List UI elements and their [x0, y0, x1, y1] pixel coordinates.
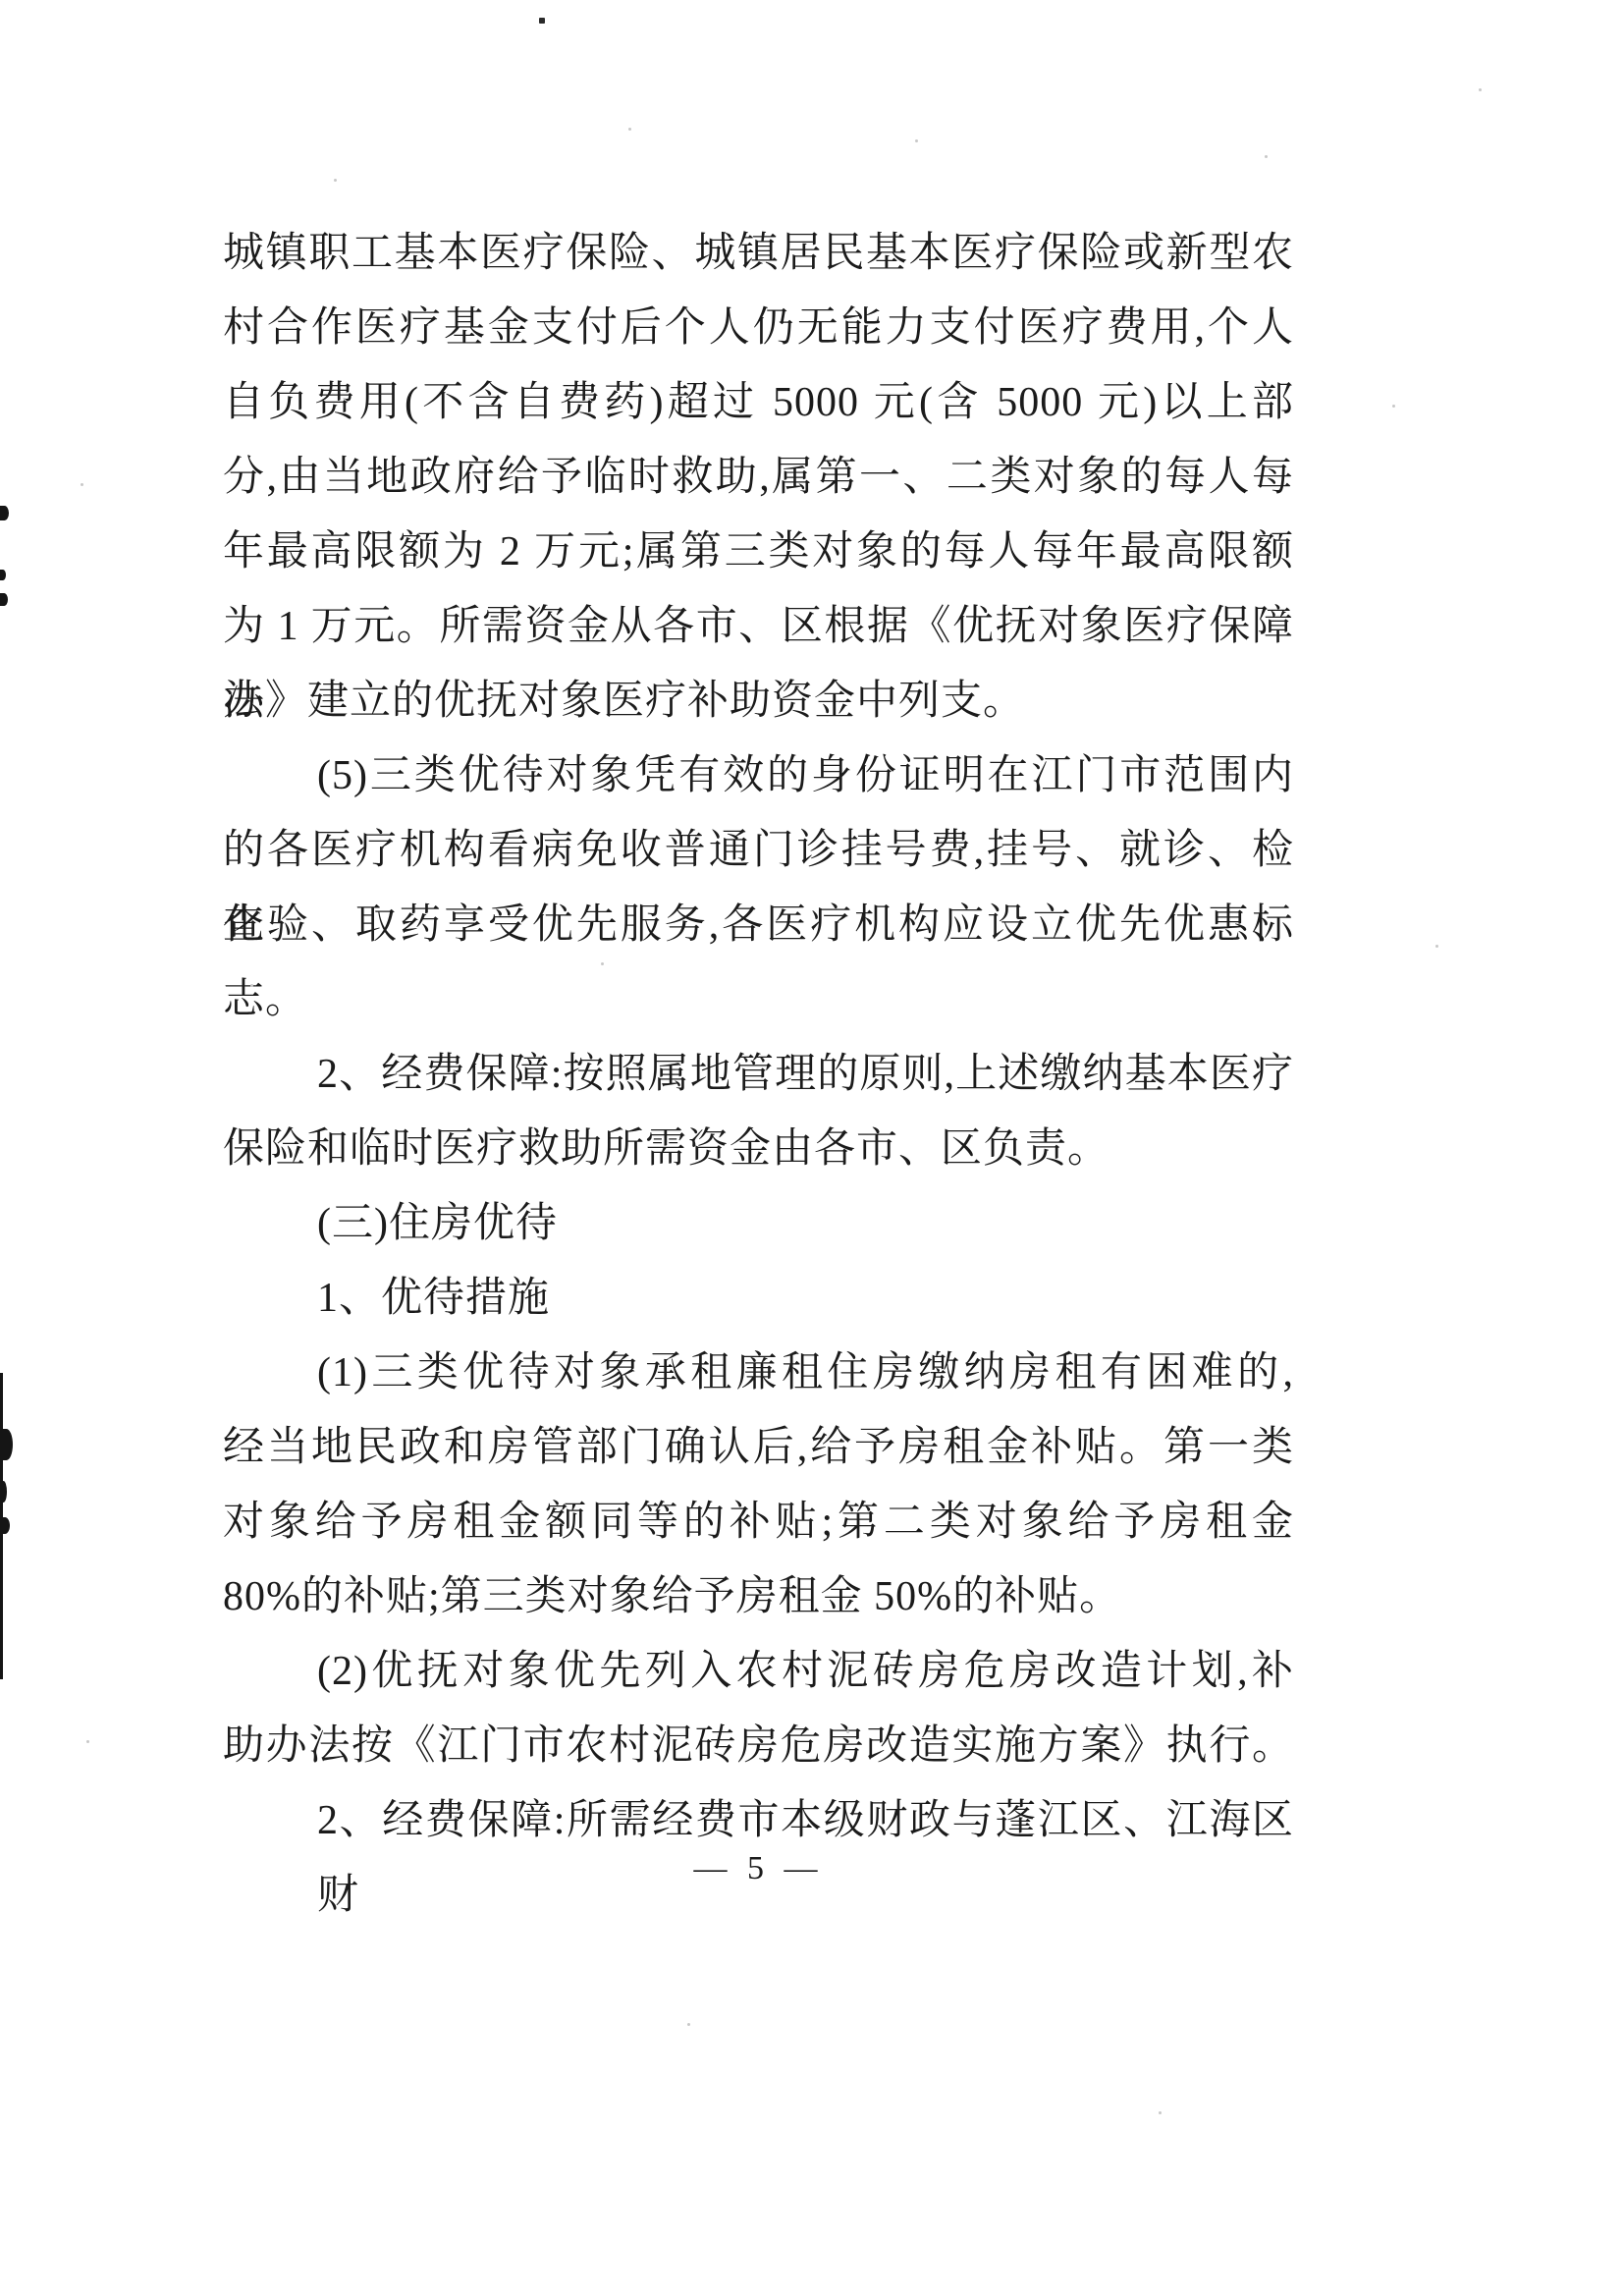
scan-speck — [628, 128, 631, 131]
text-line: 保险和临时医疗救助所需资金由各市、区负责。 — [223, 1112, 1294, 1186]
scan-speck — [1435, 945, 1438, 948]
text-line: 经当地民政和房管部门确认后,给予房租金补贴。第一类 — [223, 1410, 1294, 1485]
scan-speck — [601, 962, 604, 965]
page-number: — 5 — — [223, 1844, 1294, 1893]
scan-speck — [334, 179, 337, 182]
text-line: 分,由当地政府给予临时救助,属第一、二类对象的每人每 — [223, 440, 1294, 515]
scan-artifact — [0, 570, 6, 580]
text-line: 村合作医疗基金支付后个人仍无能力支付医疗费用,个人 — [223, 291, 1294, 365]
document-body: 城镇职工基本医疗保险、城镇居民基本医疗保险或新型农村合作医疗基金支付后个人仍无能… — [223, 216, 1294, 1858]
scan-speck — [1159, 2111, 1162, 2114]
text-line: 法》建立的优抚对象医疗补助资金中列支。 — [223, 664, 1294, 738]
text-line: (1)三类优待对象承租廉租住房缴纳房租有困难的, — [223, 1336, 1294, 1410]
scan-speck — [1392, 405, 1395, 408]
text-line: (三)住房优待 — [223, 1186, 1294, 1261]
scan-speck — [915, 139, 918, 142]
text-line: 志。 — [223, 962, 1294, 1037]
scan-artifact — [0, 1517, 10, 1534]
scanned-document-page: 城镇职工基本医疗保险、城镇居民基本医疗保险或新型农村合作医疗基金支付后个人仍无能… — [0, 0, 1623, 2296]
scan-artifact — [0, 1429, 13, 1460]
scan-speck — [86, 1740, 89, 1743]
text-line: 2、经费保障:按照属地管理的原则,上述缴纳基本医疗 — [223, 1037, 1294, 1112]
scan-speck — [250, 984, 253, 987]
scan-speck — [687, 2023, 690, 2026]
text-line: 的各医疗机构看病免收普通门诊挂号费,挂号、就诊、检查、 — [223, 813, 1294, 888]
scan-speck — [846, 1730, 849, 1733]
scan-artifact — [0, 1481, 7, 1503]
text-line: (5)三类优待对象凭有效的身份证明在江门市范围内 — [223, 738, 1294, 813]
scan-speck — [1265, 155, 1268, 158]
text-line: 助办法按《江门市农村泥砖房危房改造实施方案》执行。 — [223, 1709, 1294, 1783]
scan-artifact — [0, 593, 8, 606]
text-line: 80%的补贴;第三类对象给予房租金 50%的补贴。 — [223, 1559, 1294, 1634]
text-line: (2)优抚对象优先列入农村泥砖房危房改造计划,补 — [223, 1634, 1294, 1709]
text-line: 年最高限额为 2 万元;属第三类对象的每人每年最高限额 — [223, 515, 1294, 589]
text-line: 自负费用(不含自费药)超过 5000 元(含 5000 元)以上部 — [223, 365, 1294, 440]
scan-speck — [539, 18, 545, 24]
text-line: 为 1 万元。所需资金从各市、区根据《优抚对象医疗保障办 — [223, 589, 1294, 664]
scan-speck — [1479, 88, 1482, 91]
scan-speck — [81, 483, 83, 486]
scan-artifact — [0, 506, 9, 520]
text-line: 化验、取药享受优先服务,各医疗机构应设立优先优惠标 — [223, 888, 1294, 962]
text-line: 对象给予房租金额同等的补贴;第二类对象给予房租金 — [223, 1485, 1294, 1559]
text-line: 城镇职工基本医疗保险、城镇居民基本医疗保险或新型农 — [223, 216, 1294, 291]
text-line: 1、优待措施 — [223, 1261, 1294, 1336]
